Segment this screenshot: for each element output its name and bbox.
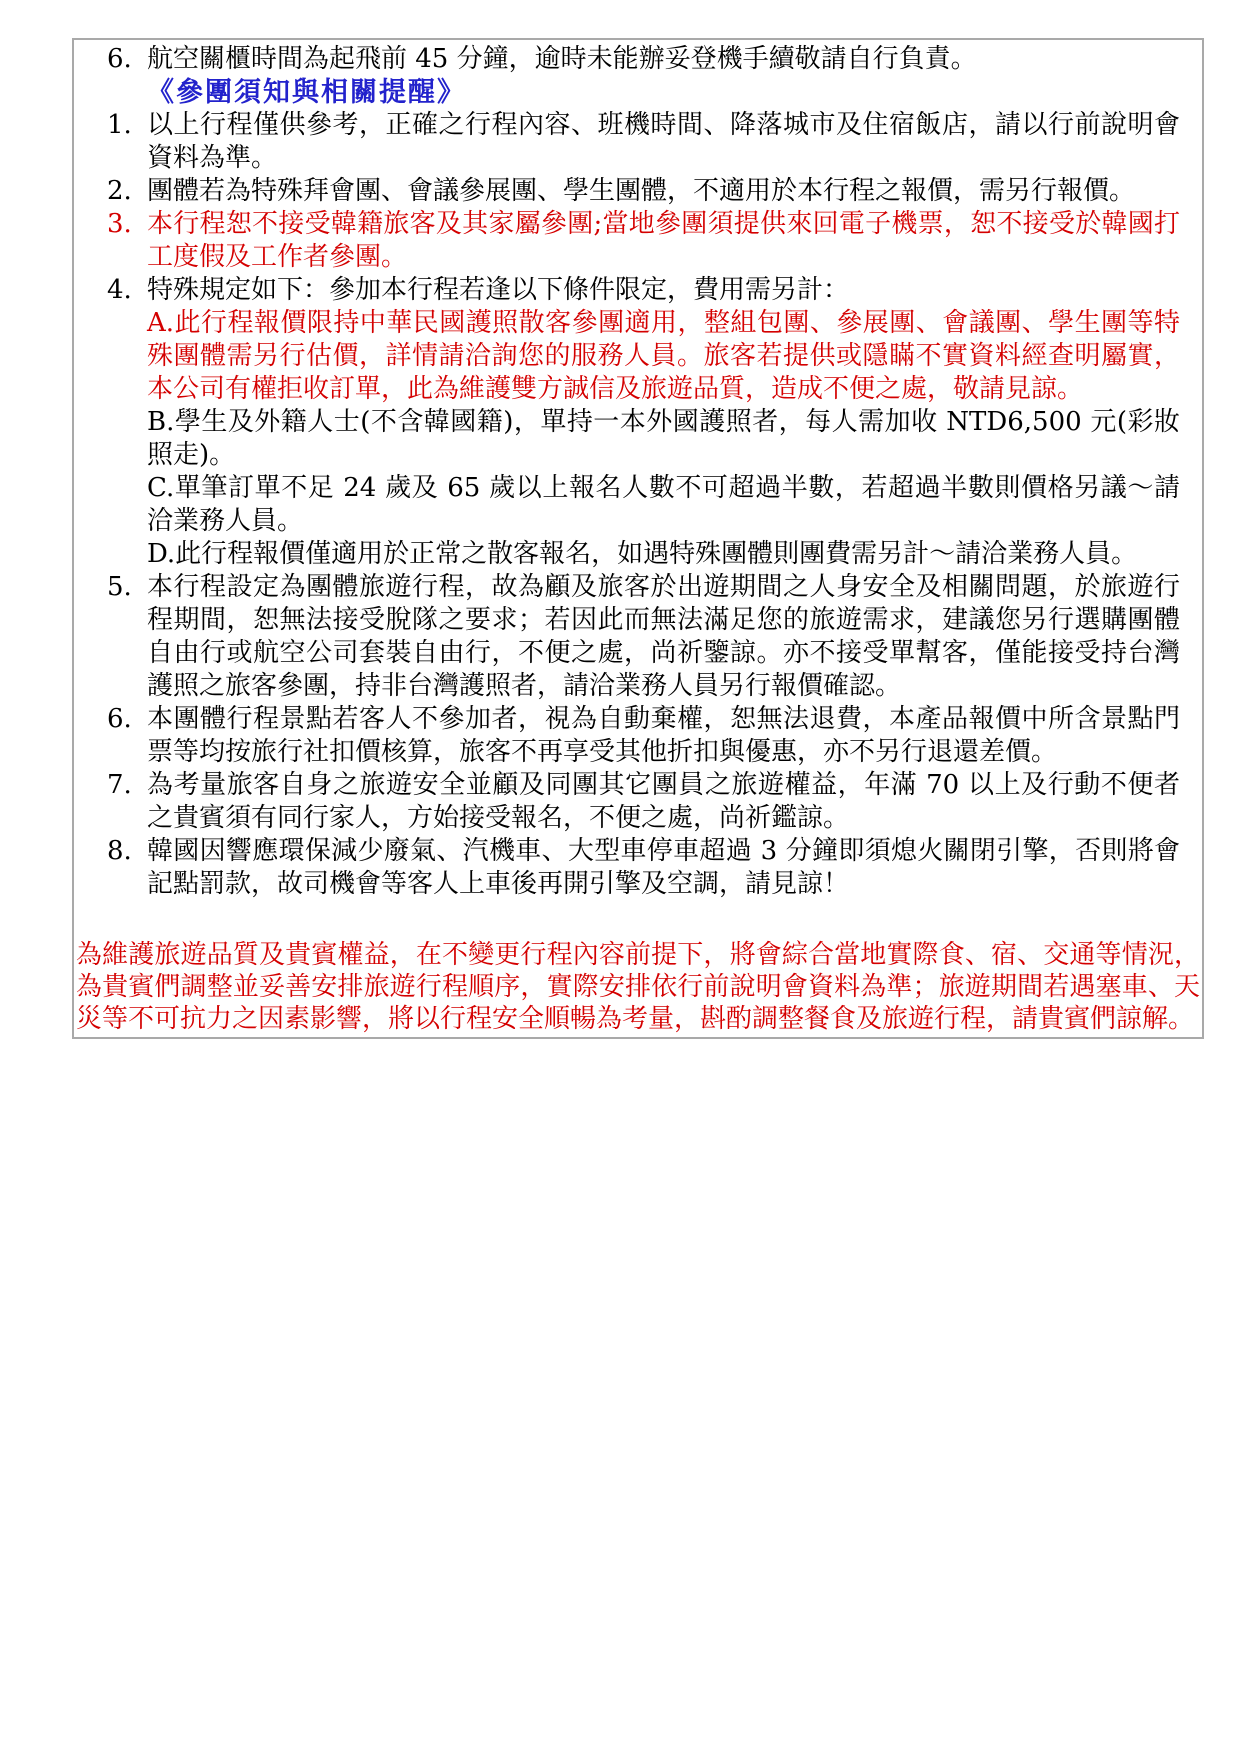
item-text: 本行程恕不接受韓籍旅客及其家屬參團;當地參團須提供來回電子機票，恕不接受於韓國打…	[147, 208, 1180, 274]
document-border-box: 6. 航空關櫃時間為起飛前 45 分鐘，逾時未能辦妥登機手續敬請自行負責。 《參…	[72, 38, 1204, 1039]
notice-list: 6. 航空關櫃時間為起飛前 45 分鐘，逾時未能辦妥登機手續敬請自行負責。 《參…	[107, 43, 1180, 901]
item-number: 5.	[107, 571, 147, 604]
notice-item: 2. 團體若為特殊拜會團、會議參展團、學生團體，不適用於本行程之報價，需另行報價…	[107, 175, 1180, 208]
footer-notice: 為維護旅遊品質及貴賓權益，在不變更行程內容前提下，將會綜合當地實際食、宿、交通等…	[76, 939, 1200, 1035]
notice-item: 4. 特殊規定如下：參加本行程若逢以下條件限定，費用需另計： A.此行程報價限持…	[107, 274, 1180, 571]
notice-item: 8. 韓國因響應環保減少廢氣、汽機車、大型車停車超過 3 分鐘即須熄火關閉引擎，…	[107, 835, 1180, 901]
item-number: 1.	[107, 109, 147, 142]
notice-item: 7. 為考量旅客自身之旅遊安全並顧及同團其它團員之旅遊權益，年滿 70 以上及行…	[107, 769, 1180, 835]
item-number: 4.	[107, 274, 147, 307]
item-number: 6.	[107, 43, 147, 76]
section-heading: 《參團須知與相關提醒》	[147, 76, 1180, 109]
item-text: 以上行程僅供參考，正確之行程內容、班機時間、降落城市及住宿飯店，請以行前說明會資…	[147, 109, 1180, 175]
notice-item: 6. 航空關櫃時間為起飛前 45 分鐘，逾時未能辦妥登機手續敬請自行負責。	[107, 43, 1180, 76]
item-number: 7.	[107, 769, 147, 802]
item-text-intro: 特殊規定如下：參加本行程若逢以下條件限定，費用需另計：	[147, 274, 1180, 307]
item-number: 2.	[107, 175, 147, 208]
notice-item: 5. 本行程設定為團體旅遊行程，故為顧及旅客於出遊期間之人身安全及相關問題，於旅…	[107, 571, 1180, 703]
item-text: 航空關櫃時間為起飛前 45 分鐘，逾時未能辦妥登機手續敬請自行負責。	[147, 43, 1180, 76]
document-page: 6. 航空關櫃時間為起飛前 45 分鐘，逾時未能辦妥登機手續敬請自行負責。 《參…	[0, 0, 1241, 1754]
notice-item: 1. 以上行程僅供參考，正確之行程內容、班機時間、降落城市及住宿飯店，請以行前說…	[107, 109, 1180, 175]
item-text: 本團體行程景點若客人不參加者，視為自動棄權，恕無法退費，本產品報價中所含景點門票…	[147, 703, 1180, 769]
item-text: 本行程設定為團體旅遊行程，故為顧及旅客於出遊期間之人身安全及相關問題，於旅遊行程…	[147, 571, 1180, 703]
sub-item-b: B.學生及外籍人士(不含韓國籍)，單持一本外國護照者，每人需加收 NTD6,50…	[147, 406, 1180, 472]
item-text: 韓國因響應環保減少廢氣、汽機車、大型車停車超過 3 分鐘即須熄火關閉引擎，否則將…	[147, 835, 1180, 901]
sub-item-a: A.此行程報價限持中華民國護照散客參團適用，整組包團、參展團、會議團、學生團等特…	[147, 307, 1180, 406]
item-number: 6.	[107, 703, 147, 736]
sub-item-c: C.單筆訂單不足 24 歲及 65 歲以上報名人數不可超過半數，若超過半數則價格…	[147, 472, 1180, 538]
item-number: 3.	[107, 208, 147, 241]
notice-item: 6. 本團體行程景點若客人不參加者，視為自動棄權，恕無法退費，本產品報價中所含景…	[107, 703, 1180, 769]
sub-item-d: D.此行程報價僅適用於正常之散客報名，如遇特殊團體則團費需另計～請洽業務人員。	[147, 538, 1180, 571]
item-number: 8.	[107, 835, 147, 868]
item-text: 為考量旅客自身之旅遊安全並顧及同團其它團員之旅遊權益，年滿 70 以上及行動不便…	[147, 769, 1180, 835]
notice-item: 3. 本行程恕不接受韓籍旅客及其家屬參團;當地參團須提供來回電子機票，恕不接受於…	[107, 208, 1180, 274]
item-text: 團體若為特殊拜會團、會議參展團、學生團體，不適用於本行程之報價，需另行報價。	[147, 175, 1180, 208]
item-text: 特殊規定如下：參加本行程若逢以下條件限定，費用需另計： A.此行程報價限持中華民…	[147, 274, 1180, 571]
